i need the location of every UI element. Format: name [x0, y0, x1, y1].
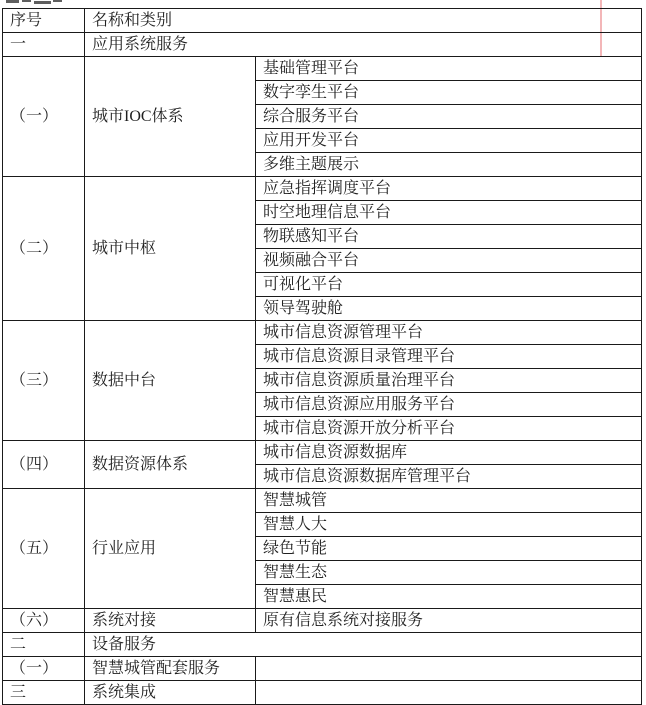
- header-row: 序号 名称和类别: [3, 9, 642, 33]
- header-seq-cell: 序号: [3, 9, 85, 33]
- table-row: 三 系统集成: [3, 681, 642, 705]
- section-row: 二 设备服务: [3, 633, 642, 657]
- item-cell-empty: [256, 681, 642, 705]
- table-row: （一） 智慧城管配套服务: [3, 657, 642, 681]
- item-cell: 原有信息系统对接服务: [256, 609, 642, 633]
- section-name-cell: 应用系统服务: [85, 33, 642, 57]
- clipped-text-fragment: [34, 1, 51, 4]
- category-cell: 系统对接: [85, 609, 256, 633]
- table-row: （三） 数据中台 城市信息资源管理平台: [3, 321, 642, 345]
- section-name-cell: 设备服务: [85, 633, 642, 657]
- item-cell: 智慧惠民: [256, 585, 642, 609]
- clipped-text-fragment: [6, 0, 19, 3]
- seq-cell: 三: [3, 681, 85, 705]
- clipped-text-fragment: [53, 0, 62, 2]
- item-cell: 数字孪生平台: [256, 81, 642, 105]
- category-cell: 智慧城管配套服务: [85, 657, 256, 681]
- item-cell: 物联感知平台: [256, 225, 642, 249]
- table-row: （一） 城市IOC体系 基础管理平台: [3, 57, 642, 81]
- table-row: （四） 数据资源体系 城市信息资源数据库: [3, 441, 642, 465]
- seq-cell: （三）: [3, 321, 85, 441]
- item-cell: 城市信息资源质量治理平台: [256, 369, 642, 393]
- item-cell: 领导驾驶舱: [256, 297, 642, 321]
- category-cell: 数据资源体系: [85, 441, 256, 489]
- item-cell: 基础管理平台: [256, 57, 642, 81]
- item-cell: 可视化平台: [256, 273, 642, 297]
- item-cell: 综合服务平台: [256, 105, 642, 129]
- seq-cell: （六）: [3, 609, 85, 633]
- clipped-text-fragment: [22, 0, 31, 2]
- section-row: 一 应用系统服务: [3, 33, 642, 57]
- seq-cell: （五）: [3, 489, 85, 609]
- category-cell: 城市IOC体系: [85, 57, 256, 177]
- item-cell: 城市信息资源数据库管理平台: [256, 465, 642, 489]
- seq-cell: （二）: [3, 177, 85, 321]
- item-cell: 视频融合平台: [256, 249, 642, 273]
- service-catalog-table: 序号 名称和类别 一 应用系统服务 （一） 城市IOC体系 基础管理平台 数字孪…: [2, 8, 642, 705]
- item-cell: 智慧人大: [256, 513, 642, 537]
- seq-cell: （四）: [3, 441, 85, 489]
- category-cell: 行业应用: [85, 489, 256, 609]
- category-cell: 系统集成: [85, 681, 256, 705]
- category-cell: 城市中枢: [85, 177, 256, 321]
- item-cell: 城市信息资源管理平台: [256, 321, 642, 345]
- item-cell: 应急指挥调度平台: [256, 177, 642, 201]
- category-cell: 数据中台: [85, 321, 256, 441]
- seq-cell: 一: [3, 33, 85, 57]
- item-cell: 时空地理信息平台: [256, 201, 642, 225]
- item-cell: 智慧城管: [256, 489, 642, 513]
- item-cell: 多维主题展示: [256, 153, 642, 177]
- item-cell: 绿色节能: [256, 537, 642, 561]
- item-cell-empty: [256, 657, 642, 681]
- seq-cell: （一）: [3, 57, 85, 177]
- item-cell: 城市信息资源数据库: [256, 441, 642, 465]
- item-cell: 应用开发平台: [256, 129, 642, 153]
- item-cell: 城市信息资源开放分析平台: [256, 417, 642, 441]
- table-row: （二） 城市中枢 应急指挥调度平台: [3, 177, 642, 201]
- item-cell: 城市信息资源目录管理平台: [256, 345, 642, 369]
- seq-cell: 二: [3, 633, 85, 657]
- item-cell: 城市信息资源应用服务平台: [256, 393, 642, 417]
- item-cell: 智慧生态: [256, 561, 642, 585]
- table-row: （六） 系统对接 原有信息系统对接服务: [3, 609, 642, 633]
- header-name-cell: 名称和类别: [85, 9, 642, 33]
- seq-cell: （一）: [3, 657, 85, 681]
- table-row: （五） 行业应用 智慧城管: [3, 489, 642, 513]
